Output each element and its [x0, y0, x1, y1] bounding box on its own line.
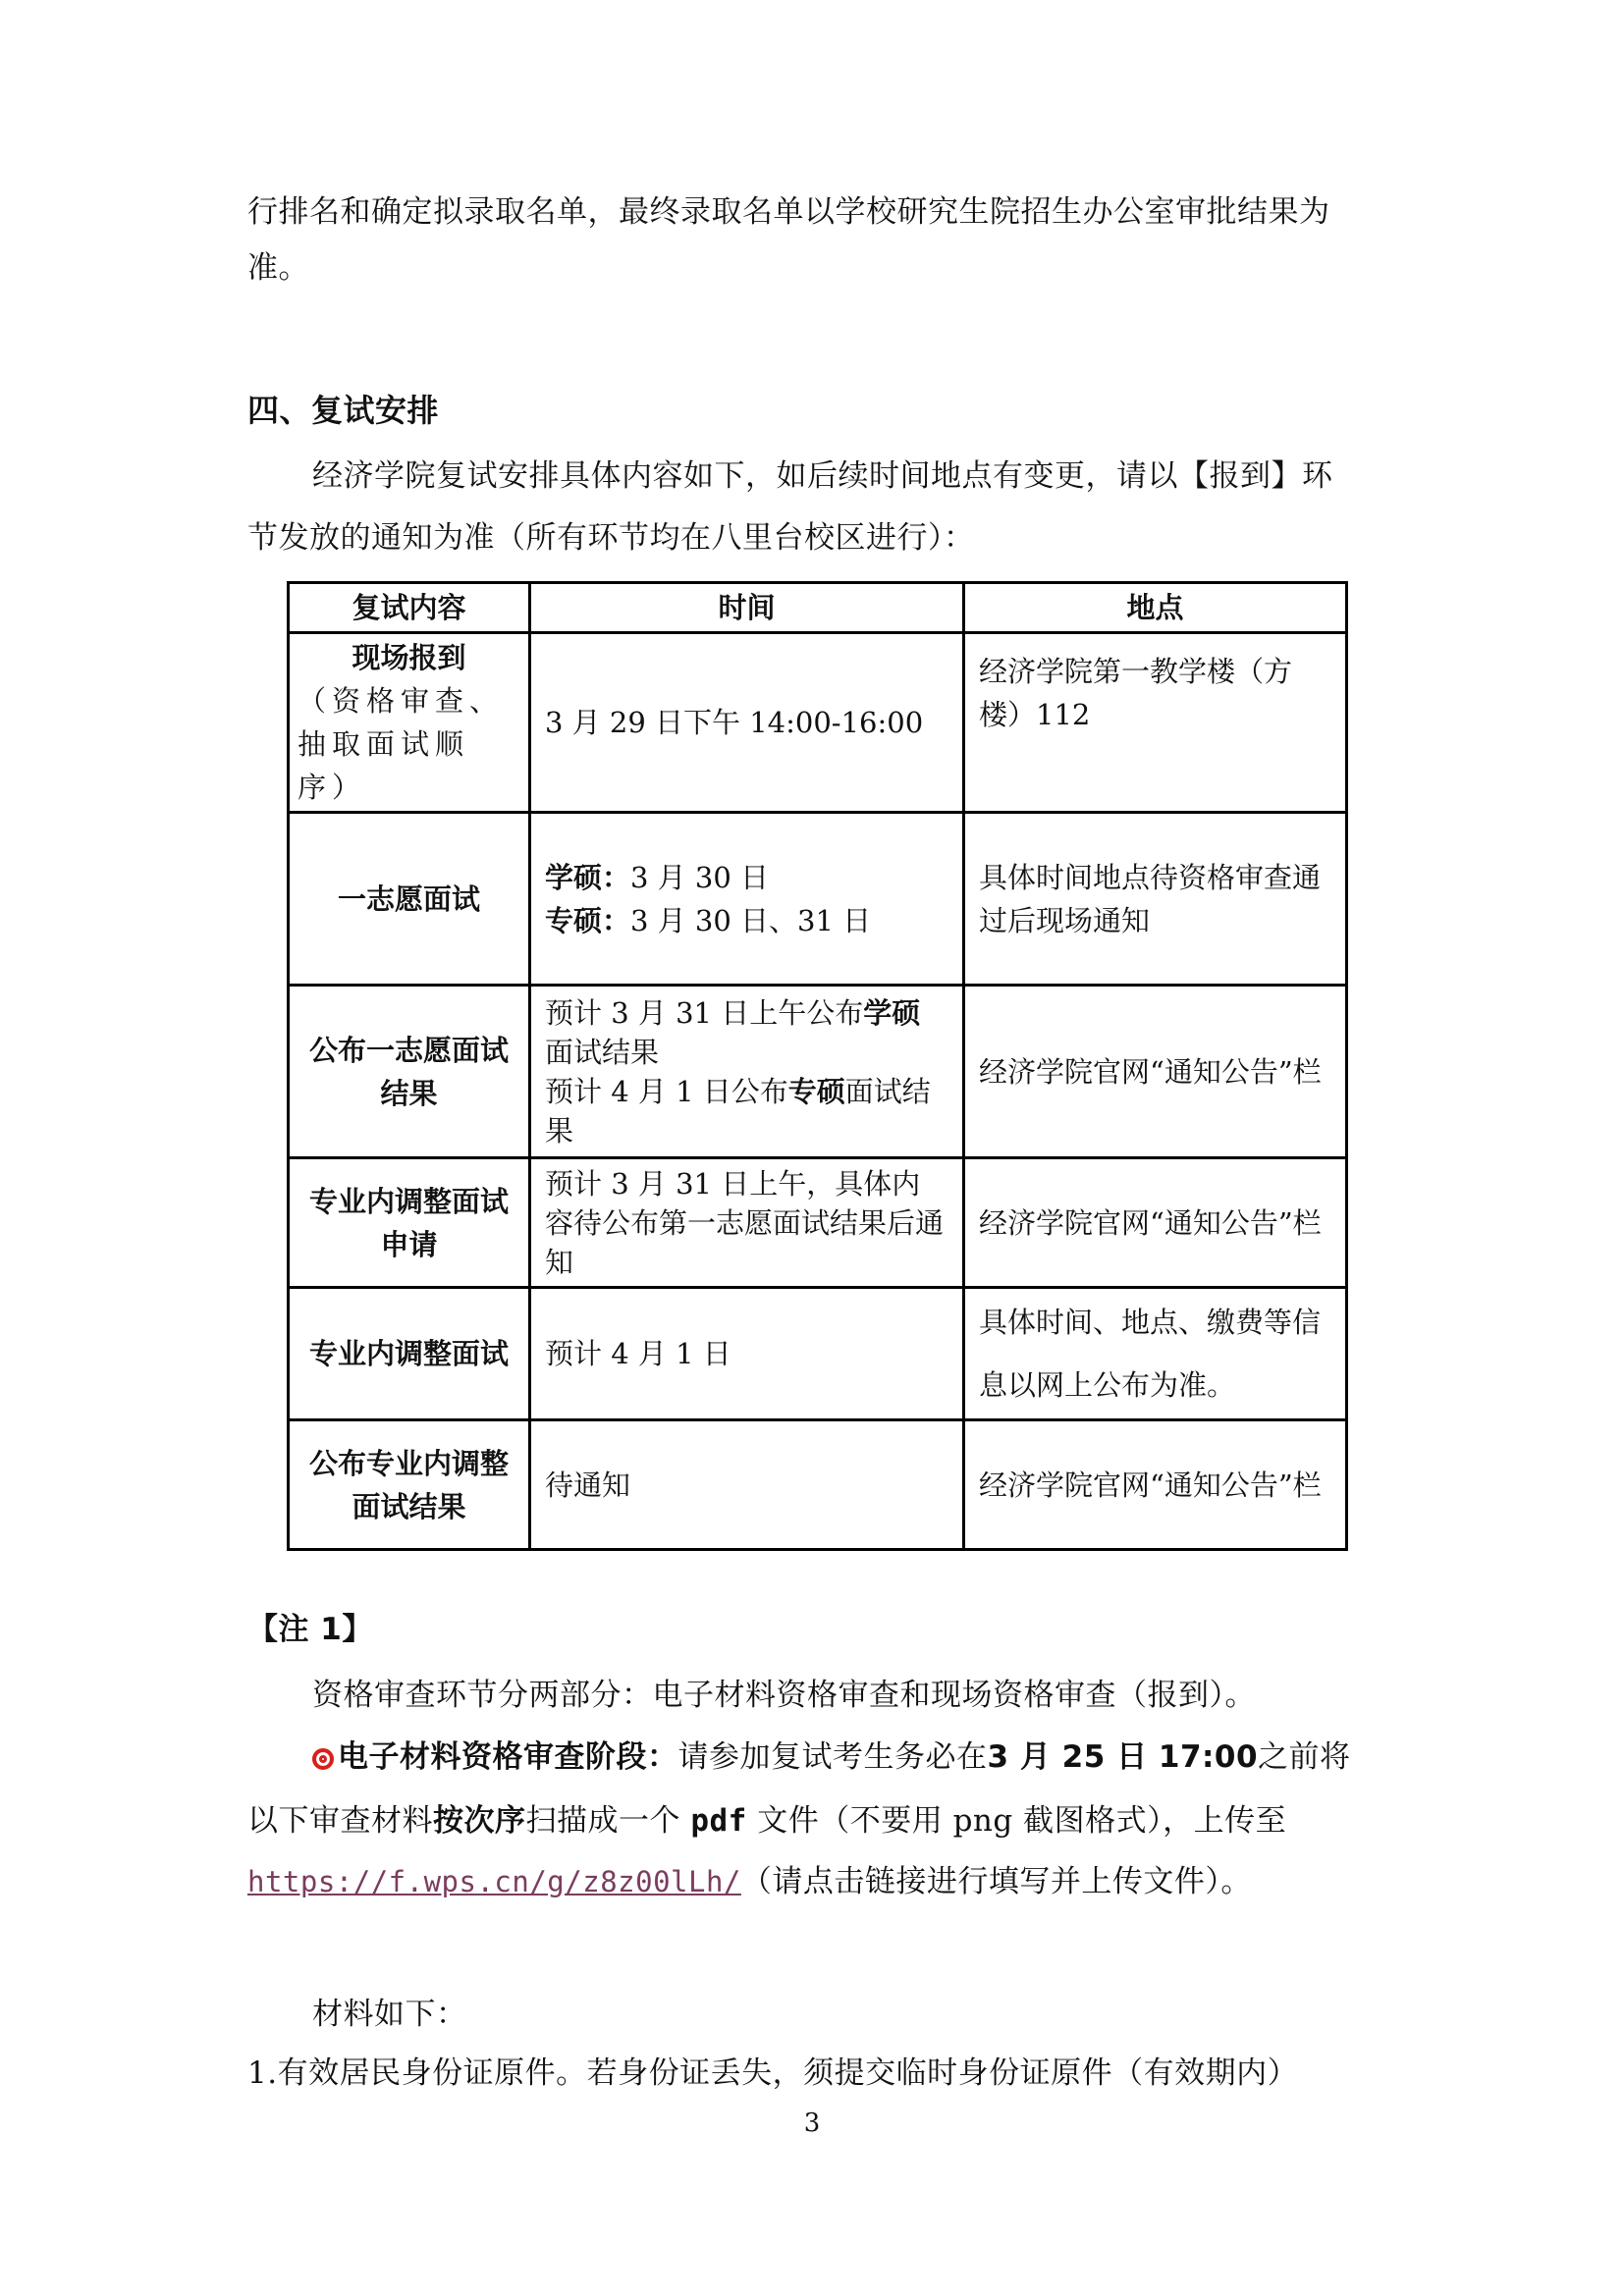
zhuanshuo-date: 3 月 30 日、31 日	[630, 904, 871, 937]
row-place: 具体时间、地点、缴费等信息以网上公布为准。	[964, 1288, 1347, 1420]
xueshuo-date: 3 月 30 日	[630, 861, 769, 894]
row-item: 现场报到 （资格审查、抽取面试顺序）	[289, 633, 530, 813]
double-circle-icon	[312, 1748, 334, 1770]
row-item: 专业内调整面试申请	[289, 1158, 530, 1288]
intro-line-2: 准。	[247, 248, 1386, 288]
row-place: 经济学院官网“通知公告”栏	[964, 1158, 1347, 1288]
row-item: 公布一志愿面试结果	[289, 986, 530, 1158]
emphasis-text: 按次序	[433, 1803, 526, 1839]
header-time: 时间	[530, 583, 964, 633]
row-time: 预计 3 月 31 日上午，具体内容待公布第一志愿面试结果后通知	[530, 1158, 964, 1288]
table-row: 公布专业内调整面试结果 待通知 经济学院官网“通知公告”栏	[289, 1420, 1347, 1550]
header-place: 地点	[964, 583, 1347, 633]
row-time: 学硕：3 月 30 日 专硕：3 月 30 日、31 日	[530, 813, 964, 986]
time-text: 预计 3 月 31 日上午公布	[545, 996, 863, 1030]
document-page: 行排名和确定拟录取名单，最终录取名单以学校研究生院招生办公室审批结果为 准。 四…	[0, 0, 1624, 2296]
time-bold: 专硕	[788, 1075, 845, 1108]
text: 扫描成一个	[526, 1803, 681, 1839]
material-item-1: 1.有效居民身份证原件。若身份证丢失，须提交临时身份证原件（有效期内）	[247, 2054, 1386, 2093]
text: 以下审查材料	[247, 1803, 433, 1839]
row-item: 公布专业内调整面试结果	[289, 1420, 530, 1550]
section-para-line-1: 经济学院复试安排具体内容如下，如后续时间地点有变更，请以【报到】环	[312, 456, 1451, 496]
stage-label: 电子材料资格审查阶段：	[338, 1739, 678, 1775]
table-header-row: 复试内容 时间 地点	[289, 583, 1347, 633]
section-heading: 四、复试安排	[247, 391, 1386, 430]
table-row: 专业内调整面试申请 预计 3 月 31 日上午，具体内容待公布第一志愿面试结果后…	[289, 1158, 1347, 1288]
row-time: 3 月 29 日下午 14:00-16:00	[530, 633, 964, 813]
row-time: 预计 3 月 31 日上午公布学硕面试结果 预计 4 月 1 日公布专硕面试结果	[530, 986, 964, 1158]
row-item-title: 现场报到	[352, 641, 465, 674]
note-stage-line: 电子材料资格审查阶段：请参加复试考生务必在3 月 25 日 17:00之前将	[312, 1737, 1451, 1777]
xueshuo-label: 学硕：	[545, 861, 630, 894]
text: 文件（不要用 png 截图格式），上传至	[757, 1803, 1286, 1839]
zhuanshuo-label: 专硕：	[545, 904, 630, 937]
upload-link[interactable]: https://f.wps.cn/g/z8z00lLh/	[247, 1865, 741, 1898]
time-text: 预计 4 月 1 日公布	[545, 1075, 788, 1108]
table-row: 一志愿面试 学硕：3 月 30 日 专硕：3 月 30 日、31 日 具体时间地…	[289, 813, 1347, 986]
row-item: 专业内调整面试	[289, 1288, 530, 1420]
stage-text: 之前将	[1258, 1739, 1351, 1775]
row-place: 具体时间地点待资格审查通过后现场通知	[964, 813, 1347, 986]
table-row: 现场报到 （资格审查、抽取面试顺序） 3 月 29 日下午 14:00-16:0…	[289, 633, 1347, 813]
time-bold: 学硕	[863, 996, 920, 1030]
deadline: 3 月 25 日 17:00	[988, 1739, 1259, 1775]
row-item: 一志愿面试	[289, 813, 530, 986]
pdf-text: pdf	[690, 1803, 747, 1839]
time-text: 面试结果	[545, 1036, 659, 1069]
schedule-table: 复试内容 时间 地点 现场报到 （资格审查、抽取面试顺序） 3 月 29 日下午…	[287, 581, 1348, 1551]
note-link-line: https://f.wps.cn/g/z8z00lLh/（请点击链接进行填写并上…	[247, 1862, 1386, 1901]
note-line-3: 以下审查材料按次序扫描成一个 pdf 文件（不要用 png 截图格式），上传至	[247, 1801, 1386, 1841]
header-item: 复试内容	[289, 583, 530, 633]
row-place: 经济学院第一教学楼（方楼）112	[964, 633, 1347, 813]
row-item-subtitle: （资格审查、抽取面试顺序）	[298, 679, 520, 809]
row-place: 经济学院官网“通知公告”栏	[964, 986, 1347, 1158]
note-line-1: 资格审查环节分两部分：电子材料资格审查和现场资格审查（报到）。	[312, 1676, 1451, 1715]
table-row: 专业内调整面试 预计 4 月 1 日 具体时间、地点、缴费等信息以网上公布为准。	[289, 1288, 1347, 1420]
page-number: 3	[0, 2109, 1624, 2138]
row-time: 预计 4 月 1 日	[530, 1288, 964, 1420]
table-row: 公布一志愿面试结果 预计 3 月 31 日上午公布学硕面试结果 预计 4 月 1…	[289, 986, 1347, 1158]
row-time: 待通知	[530, 1420, 964, 1550]
section-para-line-2: 节发放的通知为准（所有环节均在八里台校区进行）：	[247, 518, 1386, 558]
materials-label: 材料如下：	[312, 1995, 1451, 2034]
row-place: 经济学院官网“通知公告”栏	[964, 1420, 1347, 1550]
stage-text: 请参加复试考生务必在	[678, 1739, 988, 1775]
link-suffix: （请点击链接进行填写并上传文件）。	[741, 1864, 1252, 1899]
note-title: 【注 1】	[247, 1610, 1386, 1649]
intro-line-1: 行排名和确定拟录取名单，最终录取名单以学校研究生院招生办公室审批结果为	[247, 192, 1386, 232]
